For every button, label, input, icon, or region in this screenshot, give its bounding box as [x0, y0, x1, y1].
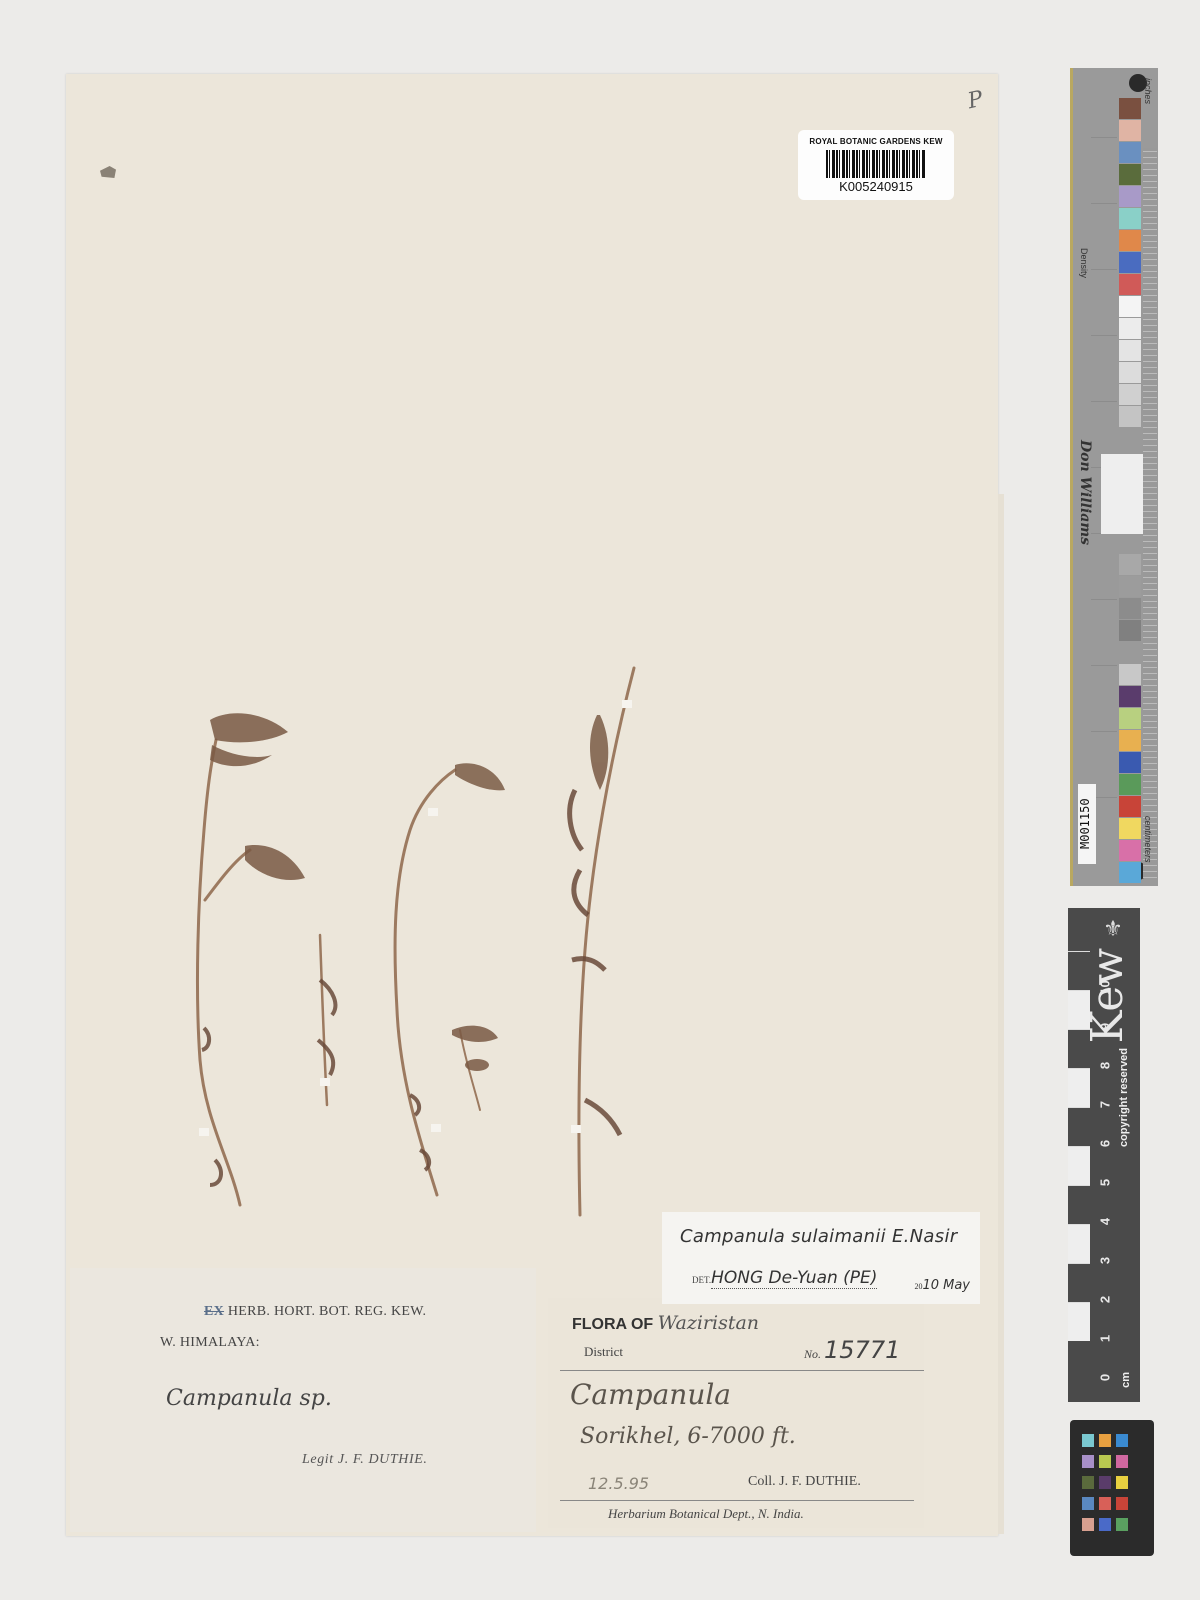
struck-prefix: EX — [204, 1304, 224, 1319]
scale-tick-label: 1 — [1098, 1328, 1113, 1350]
determination-label: Campanula sulaimanii E.Nasir DET.HONG De… — [662, 1212, 980, 1304]
color-swatch — [1119, 252, 1141, 273]
color-swatch — [1119, 686, 1141, 707]
color-patch — [1099, 1455, 1111, 1468]
color-swatch — [1119, 664, 1141, 685]
color-patch — [1116, 1497, 1128, 1510]
chart-cm-label: centimeters — [1143, 816, 1153, 863]
color-swatch — [1119, 730, 1141, 751]
scale-segment — [1068, 1146, 1090, 1185]
chart-density-label: Density — [1079, 248, 1089, 278]
kew-label-taxon: Campanula sp. — [166, 1386, 332, 1411]
kew-label-header: EX HERB. HORT. BOT. REG. KEW. — [204, 1304, 426, 1320]
flora-label-district: District — [584, 1344, 623, 1360]
color-swatch — [1119, 142, 1141, 163]
chart-inches-label: inches — [1143, 78, 1153, 104]
color-swatch — [1119, 120, 1141, 141]
crest-icon: ⚜ — [1098, 916, 1128, 946]
color-patch — [1116, 1518, 1128, 1531]
scale-segment — [1068, 1302, 1090, 1341]
scale-segment — [1068, 951, 1090, 990]
color-patch — [1116, 1434, 1128, 1447]
color-swatch — [1119, 796, 1141, 817]
chart-brand: Don Williams — [1077, 440, 1093, 545]
chart-value-columns — [1091, 98, 1117, 798]
color-patch — [1082, 1518, 1094, 1531]
color-patch — [1082, 1476, 1094, 1489]
color-patch — [1099, 1518, 1111, 1531]
color-swatch — [1119, 384, 1141, 405]
scale-tick-label: 4 — [1098, 1211, 1113, 1233]
color-swatch — [1119, 318, 1141, 339]
color-swatch — [1119, 186, 1141, 207]
flora-label-number: No. 15771 — [804, 1336, 900, 1364]
color-patch — [1082, 1497, 1094, 1510]
flora-label-date: 12.5.95 — [588, 1474, 649, 1493]
flora-label-locality: Sorikhel, 6-7000 ft. — [580, 1424, 796, 1449]
scale-segment — [1068, 1224, 1090, 1263]
color-swatch — [1119, 296, 1141, 317]
det-determiner: DET.HONG De-Yuan (PE) — [692, 1268, 877, 1288]
color-patch-card — [1070, 1420, 1154, 1556]
color-calibration-chart: inches centimeters Density Don Williams … — [1070, 68, 1158, 886]
scale-tick-label: 7 — [1098, 1094, 1113, 1116]
color-patch — [1099, 1497, 1111, 1510]
scale-unit: cm — [1120, 1372, 1132, 1388]
color-swatch — [1119, 340, 1141, 361]
color-swatch — [1119, 598, 1141, 619]
scale-tick-label: 2 — [1098, 1289, 1113, 1311]
scale-tick-label: 3 — [1098, 1250, 1113, 1272]
color-patch — [1082, 1434, 1094, 1447]
det-taxon: Campanula sulaimanii E.Nasir — [680, 1226, 957, 1247]
color-swatch — [1119, 708, 1141, 729]
scale-segment — [1068, 1029, 1090, 1068]
color-swatch — [1119, 642, 1141, 663]
color-patch — [1099, 1434, 1111, 1447]
scale-segment — [1068, 990, 1090, 1029]
color-swatch — [1119, 362, 1141, 383]
color-swatch — [1119, 620, 1141, 641]
kew-label-collector: Legit J. F. DUTHIE. — [302, 1452, 427, 1468]
scale-tick-label: 9 — [1098, 1016, 1113, 1038]
color-swatch — [1119, 818, 1141, 839]
scale-segment — [1068, 1185, 1090, 1224]
color-swatch — [1119, 840, 1141, 861]
scale-tick-label: 8 — [1098, 1055, 1113, 1077]
flora-label-collector: Coll. J. F. DUTHIE. — [748, 1474, 861, 1490]
divider — [560, 1500, 914, 1501]
copyright-notice: copyright reserved — [1118, 1048, 1130, 1147]
flora-label-institution: Herbarium Botanical Dept., N. India. — [608, 1506, 804, 1522]
scale-tick-label: 0 — [1098, 1367, 1113, 1389]
color-swatch — [1119, 862, 1141, 883]
color-swatch — [1119, 752, 1141, 773]
flora-label-title: FLORA OF Waziristan — [572, 1312, 759, 1334]
flora-label: FLORA OF Waziristan District No. 15771 C… — [548, 1298, 924, 1528]
color-swatch — [1119, 208, 1141, 229]
chart-code: M001150 — [1078, 784, 1096, 864]
color-swatch — [1119, 406, 1141, 427]
flora-label-genus: Campanula — [570, 1378, 731, 1411]
flora-label-region: Waziristan — [658, 1312, 759, 1334]
color-patch — [1116, 1455, 1128, 1468]
color-swatch — [1119, 576, 1141, 597]
scale-tick-label: 5 — [1098, 1172, 1113, 1194]
color-swatch — [1119, 98, 1141, 119]
scale-tick-label: 10 — [1098, 977, 1113, 999]
kew-label-region: W. HIMALAYA: — [160, 1335, 260, 1351]
color-patch — [1116, 1476, 1128, 1489]
color-patch — [1082, 1455, 1094, 1468]
divider — [560, 1370, 924, 1371]
det-date: 2010 May — [914, 1278, 970, 1293]
color-swatch — [1119, 230, 1141, 251]
color-patch — [1099, 1476, 1111, 1489]
color-swatch — [1119, 554, 1141, 575]
color-swatch — [1119, 164, 1141, 185]
chart-insert — [1101, 454, 1143, 534]
scale-tick-label: 6 — [1098, 1133, 1113, 1155]
scale-segment — [1068, 1068, 1090, 1107]
chart-ruler — [1143, 148, 1157, 878]
color-swatch — [1119, 774, 1141, 795]
kew-herbarium-label: EX HERB. HORT. BOT. REG. KEW. W. HIMALAY… — [70, 1268, 536, 1532]
scale-segment — [1068, 1263, 1090, 1302]
scale-segment — [1068, 1107, 1090, 1146]
color-swatch — [1119, 274, 1141, 295]
kew-scale-bar: ⚜ Kew Royal Botanic Gardens copyright re… — [1068, 908, 1140, 1402]
